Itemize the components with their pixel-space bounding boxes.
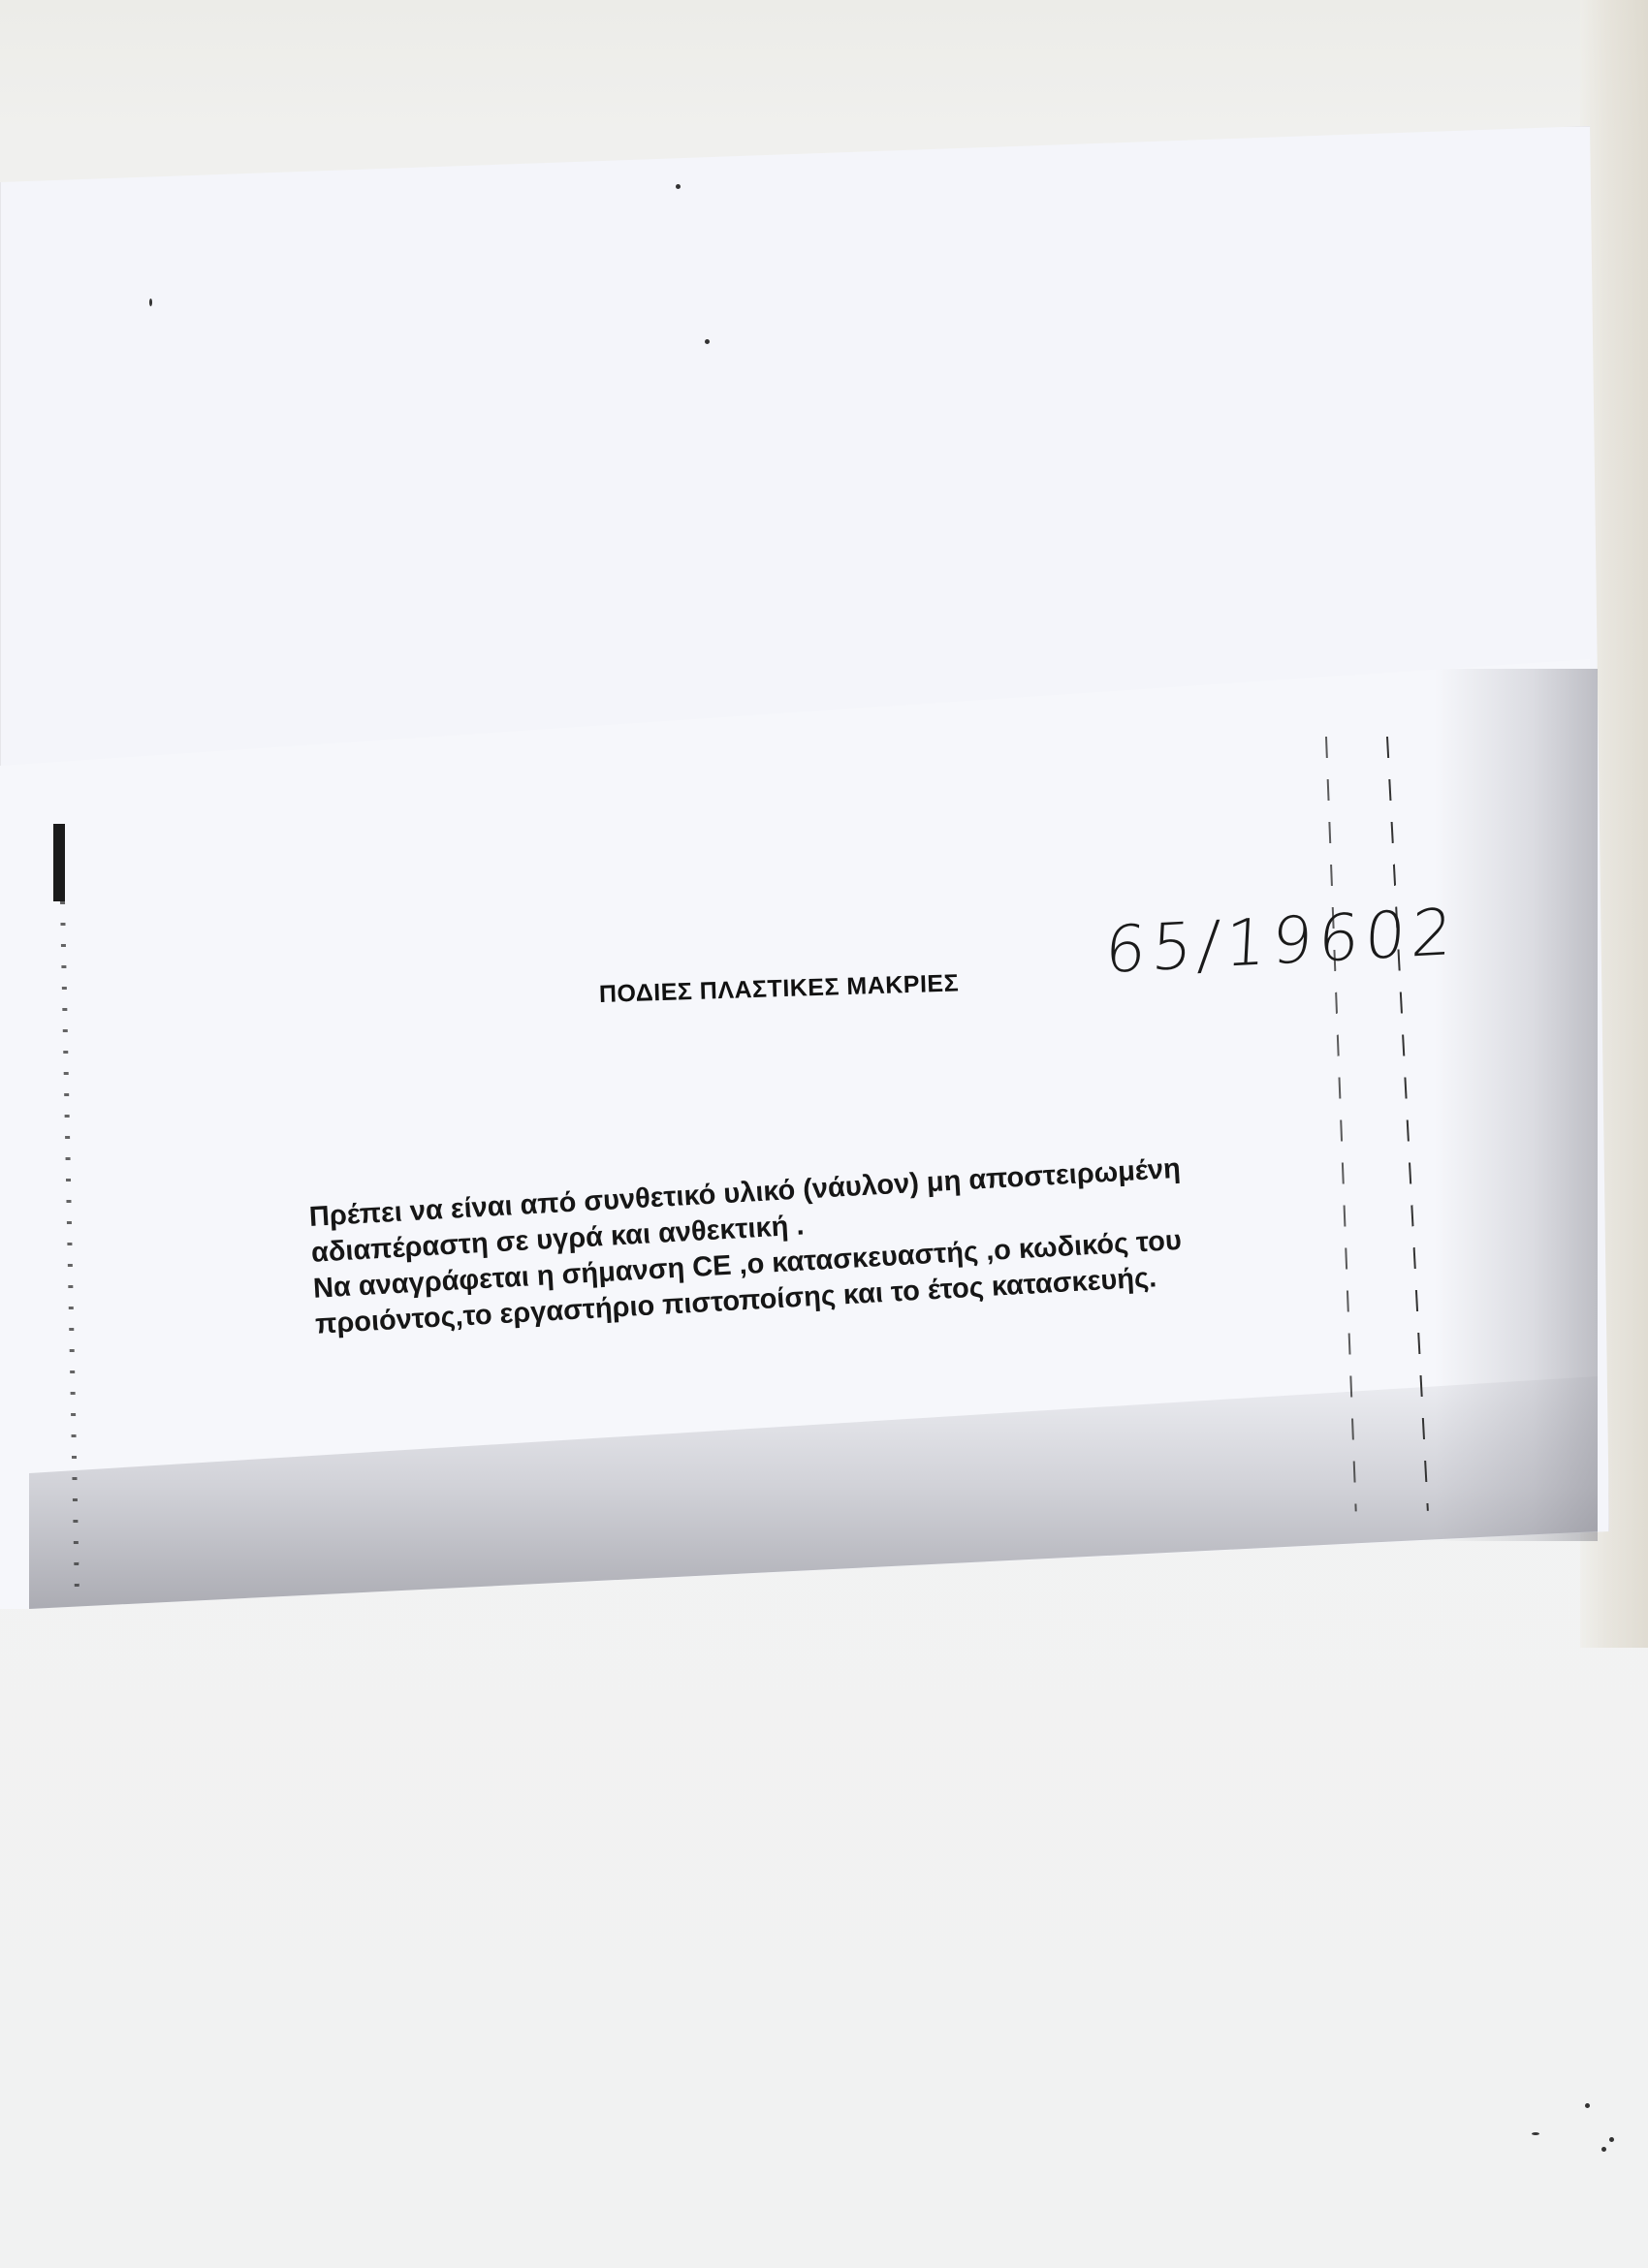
left-margin-mark <box>53 824 65 901</box>
